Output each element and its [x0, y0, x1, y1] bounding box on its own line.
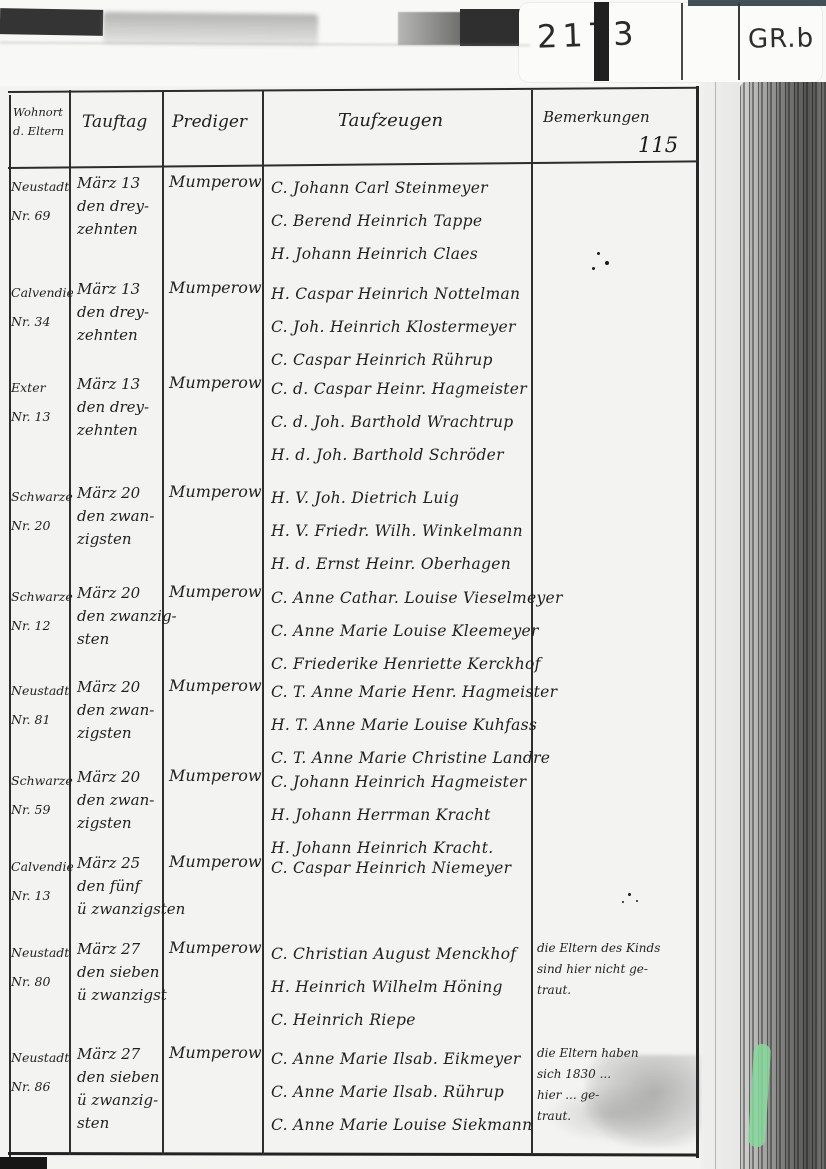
date-line: März 13	[77, 172, 161, 195]
place-cell: Schwarzenmoor Nr. 59	[11, 766, 73, 824]
date-cell: März 13 den drey- zehnten	[77, 278, 161, 347]
scan-artifact-gray-patch	[398, 12, 462, 45]
table-top-rule	[8, 87, 698, 93]
binding-shadow-dark	[740, 82, 826, 1169]
witnesses-cell: H. Caspar Heinrich Nottelman C. Joh. Hei…	[271, 278, 533, 377]
column-header-witnesses: Taufzeugen	[338, 110, 443, 131]
date-line: den fünf	[77, 875, 161, 898]
scan-smudge	[545, 1085, 675, 1143]
header-underline	[8, 160, 698, 169]
witnesses-cell: H. V. Joh. Dietrich Luig H. V. Friedr. W…	[271, 482, 533, 581]
preacher-cell: Mumperow	[169, 938, 261, 957]
witnesses-cell: C. Christian August Menckhof H. Heinrich…	[271, 938, 533, 1037]
column-header-remarks: Bemerkungen	[543, 108, 650, 126]
witness-line: C. Anne Marie Louise Kleemeyer	[271, 615, 533, 648]
place-name: Exter	[11, 373, 73, 402]
column-header-preacher: Prediger	[172, 112, 247, 132]
witness-line: C. Anne Marie Ilsab. Eikmeyer	[271, 1043, 533, 1076]
witness-line: C. Johann Heinrich Hagmeister	[271, 766, 533, 799]
witness-line: H. V. Friedr. Wilh. Winkelmann	[271, 515, 533, 548]
ink-speck	[636, 900, 638, 902]
witnesses-cell: C. Caspar Heinrich Niemeyer	[271, 852, 533, 885]
witness-line: H. Caspar Heinrich Nottelman	[271, 278, 533, 311]
preacher-cell: Mumperow	[169, 852, 261, 871]
date-line: sten	[77, 1112, 161, 1135]
witness-line: H. V. Joh. Dietrich Luig	[271, 482, 533, 515]
witnesses-cell: C. Johann Carl Steinmeyer C. Berend Hein…	[271, 172, 533, 271]
date-line: ü zwanzigst	[77, 984, 161, 1007]
column-header-baptism-day: Tauftag	[82, 112, 147, 132]
date-line: den zwan-	[77, 505, 161, 528]
place-cell: Exter Nr. 13	[11, 373, 73, 431]
date-cell: März 13 den drey- zehnten	[77, 373, 161, 442]
witness-line: C. Anne Marie Ilsab. Rührup	[271, 1076, 533, 1109]
witnesses-cell: C. d. Caspar Heinr. Hagmeister C. d. Joh…	[271, 373, 533, 472]
date-line: zigsten	[77, 528, 161, 551]
date-line: den drey-	[77, 195, 161, 218]
house-number: Nr. 86	[11, 1072, 73, 1101]
ink-speck	[597, 252, 600, 255]
ink-speck	[628, 893, 631, 896]
witness-line: H. d. Joh. Barthold Schröder	[271, 439, 533, 472]
preacher-cell: Mumperow	[169, 482, 261, 501]
witness-line: H. T. Anne Marie Louise Kuhfass	[271, 709, 533, 742]
date-line: ü zwanzig-	[77, 1089, 161, 1112]
place-name: Schwarzenmoor	[11, 482, 73, 511]
date-cell: März 20 den zwanzig- sten	[77, 582, 161, 651]
scan-artifact-gray-smudge	[103, 12, 318, 46]
place-cell: Neustadt Nr. 86	[11, 1043, 73, 1101]
witness-line: C. Christian August Menckhof	[271, 938, 533, 971]
witnesses-cell: C. Anne Marie Ilsab. Eikmeyer C. Anne Ma…	[271, 1043, 533, 1142]
witness-line: C. Johann Carl Steinmeyer	[271, 172, 533, 205]
scan-artifact-bottom-bar	[0, 1157, 47, 1169]
date-cell: März 27 den sieben ü zwanzig- sten	[77, 1043, 161, 1135]
date-line: den zwanzig-	[77, 605, 161, 628]
date-line: März 25	[77, 852, 161, 875]
date-line: zehnten	[77, 324, 161, 347]
date-line: den zwan-	[77, 699, 161, 722]
house-number: Nr. 80	[11, 967, 73, 996]
witness-line: H. d. Ernst Heinr. Oberhagen	[271, 548, 533, 581]
date-line: sten	[77, 628, 161, 651]
place-name: Neustadt	[11, 1043, 73, 1072]
remark-cell: die Eltern des Kinds sind hier nicht ge-…	[537, 938, 695, 1001]
place-name: Calvendiek	[11, 852, 73, 881]
witness-line: H. Johann Herrman Kracht	[271, 799, 533, 832]
witness-line: H. Johann Heinrich Claes	[271, 238, 533, 271]
place-name: Neustadt	[11, 676, 73, 705]
page-number: 115	[638, 133, 678, 157]
preacher-cell: Mumperow	[169, 676, 261, 695]
witnesses-cell: C. T. Anne Marie Henr. Hagmeister H. T. …	[271, 676, 533, 775]
scan-artifact-thin-line	[681, 3, 683, 80]
preacher-cell: Mumperow	[169, 1043, 261, 1062]
date-line: den drey-	[77, 301, 161, 324]
witness-line: C. Caspar Heinrich Niemeyer	[271, 852, 533, 885]
preacher-cell: Mumperow	[169, 373, 261, 392]
witness-line: C. T. Anne Marie Henr. Hagmeister	[271, 676, 533, 709]
date-line: den zwan-	[77, 789, 161, 812]
place-cell: Calvendiek Nr. 13	[11, 852, 73, 910]
witness-line: C. Joh. Heinrich Klostermeyer	[271, 311, 533, 344]
place-cell: Neustadt Nr. 80	[11, 938, 73, 996]
date-cell: März 27 den sieben ü zwanzigst	[77, 938, 161, 1007]
date-cell: März 20 den zwan- zigsten	[77, 676, 161, 745]
binding-shadow-light	[700, 82, 740, 1169]
preacher-cell: Mumperow	[169, 766, 261, 785]
date-line: den sieben	[77, 961, 161, 984]
place-cell: Calvendiek Nr. 34	[11, 278, 73, 336]
date-line: März 27	[77, 1043, 161, 1066]
date-line: zehnten	[77, 218, 161, 241]
scanned-register-page: 2173 GR.b Wohnort d. Eltern Tauftag Pred…	[0, 0, 826, 1169]
date-line: ü zwanzigsten	[77, 898, 161, 921]
column-header-residence-line2: d. Eltern	[13, 122, 64, 141]
witness-line: C. Anne Marie Louise Siekmann	[271, 1109, 533, 1142]
date-line: zigsten	[77, 812, 161, 835]
date-line: März 20	[77, 482, 161, 505]
preacher-cell: Mumperow	[169, 172, 261, 191]
place-name: Neustadt	[11, 172, 73, 201]
corner-label: GR.b	[748, 23, 815, 54]
house-number: Nr. 13	[11, 881, 73, 910]
scan-artifact-top-sliver	[688, 0, 826, 6]
date-line: zigsten	[77, 722, 161, 745]
house-number: Nr. 13	[11, 402, 73, 431]
scan-artifact-thin-line	[738, 3, 740, 80]
house-number: Nr. 59	[11, 795, 73, 824]
date-line: zehnten	[77, 419, 161, 442]
remark-line: die Eltern des Kinds	[537, 938, 695, 959]
house-number: Nr. 81	[11, 705, 73, 734]
date-line: den drey-	[77, 396, 161, 419]
date-line: den sieben	[77, 1066, 161, 1089]
date-line: März 13	[77, 278, 161, 301]
date-cell: März 13 den drey- zehnten	[77, 172, 161, 241]
place-cell: Schwarzenmoor Nr. 20	[11, 482, 73, 540]
witness-line: C. Heinrich Riepe	[271, 1004, 533, 1037]
date-cell: März 25 den fünf ü zwanzigsten	[77, 852, 161, 921]
date-line: März 27	[77, 938, 161, 961]
preacher-cell: Mumperow	[169, 582, 261, 601]
ink-speck	[605, 261, 609, 265]
witness-line: C. Anne Cathar. Louise Vieselmeyer	[271, 582, 533, 615]
witness-line: C. Berend Heinrich Tappe	[271, 205, 533, 238]
preacher-cell: Mumperow	[169, 278, 261, 297]
date-line: März 20	[77, 582, 161, 605]
date-cell: März 20 den zwan- zigsten	[77, 482, 161, 551]
house-number: Nr. 12	[11, 611, 73, 640]
table-right-edge	[696, 86, 699, 1158]
place-cell: Neustadt Nr. 81	[11, 676, 73, 734]
witness-line: C. d. Caspar Heinr. Hagmeister	[271, 373, 533, 406]
date-line: März 20	[77, 766, 161, 789]
house-number: Nr. 34	[11, 307, 73, 336]
column-header-residence-line1: Wohnort	[13, 103, 64, 122]
place-name: Calvendiek	[11, 278, 73, 307]
ink-speck	[622, 901, 624, 903]
house-number: Nr. 69	[11, 201, 73, 230]
column-header-residence: Wohnort d. Eltern	[13, 103, 64, 141]
remark-line: traut.	[537, 980, 695, 1001]
column-divider	[262, 90, 264, 1155]
archive-number: 2173	[536, 14, 639, 56]
table-bottom-rule	[8, 1152, 698, 1156]
witness-line: H. Heinrich Wilhelm Höning	[271, 971, 533, 1004]
date-line: März 20	[77, 676, 161, 699]
ink-speck	[592, 267, 595, 270]
remark-line: sind hier nicht ge-	[537, 959, 695, 980]
place-name: Neustadt	[11, 938, 73, 967]
witnesses-cell: C. Johann Heinrich Hagmeister H. Johann …	[271, 766, 533, 865]
scan-artifact-vertical-bar	[594, 2, 609, 81]
date-cell: März 20 den zwan- zigsten	[77, 766, 161, 835]
place-name: Schwarzenmoor	[11, 582, 73, 611]
house-number: Nr. 20	[11, 511, 73, 540]
scan-artifact-black-bar	[0, 8, 103, 36]
witness-line: C. d. Joh. Barthold Wrachtrup	[271, 406, 533, 439]
witnesses-cell: C. Anne Cathar. Louise Vieselmeyer C. An…	[271, 582, 533, 681]
place-name: Schwarzenmoor	[11, 766, 73, 795]
place-cell: Neustadt Nr. 69	[11, 172, 73, 230]
scan-artifact-black-patch	[460, 9, 522, 46]
place-cell: Schwarzenmoor Nr. 12	[11, 582, 73, 640]
date-line: März 13	[77, 373, 161, 396]
